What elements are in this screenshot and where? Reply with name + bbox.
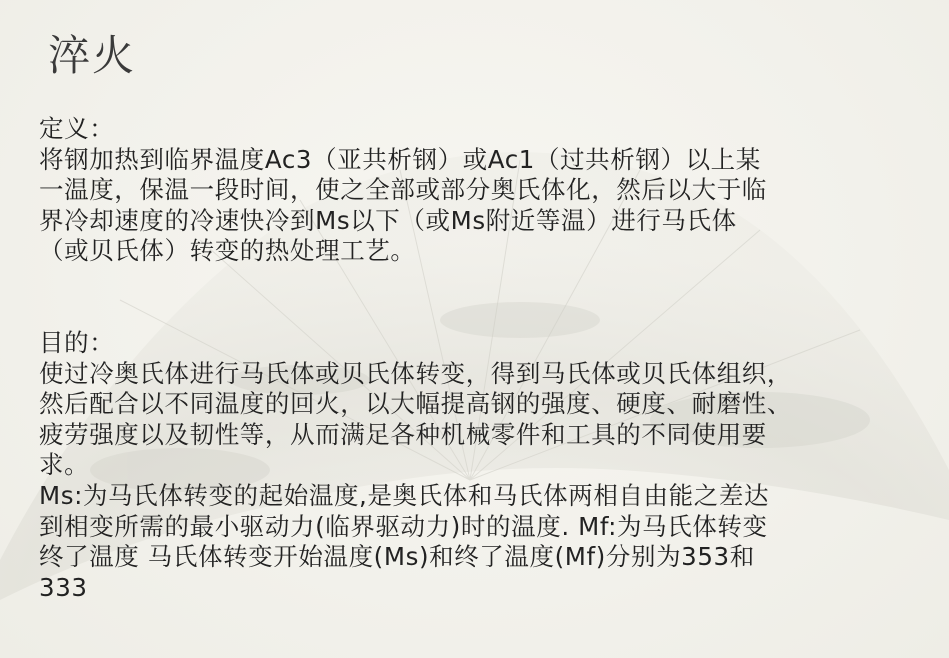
notes-line: 333 xyxy=(39,573,919,604)
purpose-heading: 目的： xyxy=(39,328,919,359)
definition-line: 一温度，保温一段时间，使之全部或部分奥氏体化，然后以大于临 xyxy=(39,175,919,206)
notes-line: 到相变所需的最小驱动力(临界驱动力)时的温度. Mf:为马氏体转变 xyxy=(39,512,919,543)
notes-line: Ms:为马氏体转变的起始温度,是奥氏体和马氏体两相自由能之差达 xyxy=(39,481,919,512)
definition-line: （或贝氏体）转变的热处理工艺。 xyxy=(39,236,919,267)
slide-title: 淬火 xyxy=(48,30,136,82)
purpose-line: 疲劳强度以及韧性等，从而满足各种机械零件和工具的不同使用要 xyxy=(39,420,919,451)
purpose-line: 求。 xyxy=(39,450,919,481)
notes-line: 终了温度 马氏体转变开始温度(Ms)和终了温度(Mf)分别为353和 xyxy=(39,542,919,573)
definition-heading: 定义： xyxy=(39,114,919,145)
slide: 淬火 定义： 将钢加热到临界温度Ac3（亚共析钢）或Ac1（过共析钢）以上某 一… xyxy=(0,0,949,658)
spacer xyxy=(39,267,919,328)
purpose-line: 然后配合以不同温度的回火，以大幅提高钢的强度、硬度、耐磨性、 xyxy=(39,389,919,420)
definition-line: 界冷却速度的冷速快冷到Ms以下（或Ms附近等温）进行马氏体 xyxy=(39,206,919,237)
purpose-line: 使过冷奥氏体进行马氏体或贝氏体转变，得到马氏体或贝氏体组织， xyxy=(39,359,919,390)
definition-line: 将钢加热到临界温度Ac3（亚共析钢）或Ac1（过共析钢）以上某 xyxy=(39,145,919,176)
slide-body: 定义： 将钢加热到临界温度Ac3（亚共析钢）或Ac1（过共析钢）以上某 一温度，… xyxy=(39,114,919,603)
